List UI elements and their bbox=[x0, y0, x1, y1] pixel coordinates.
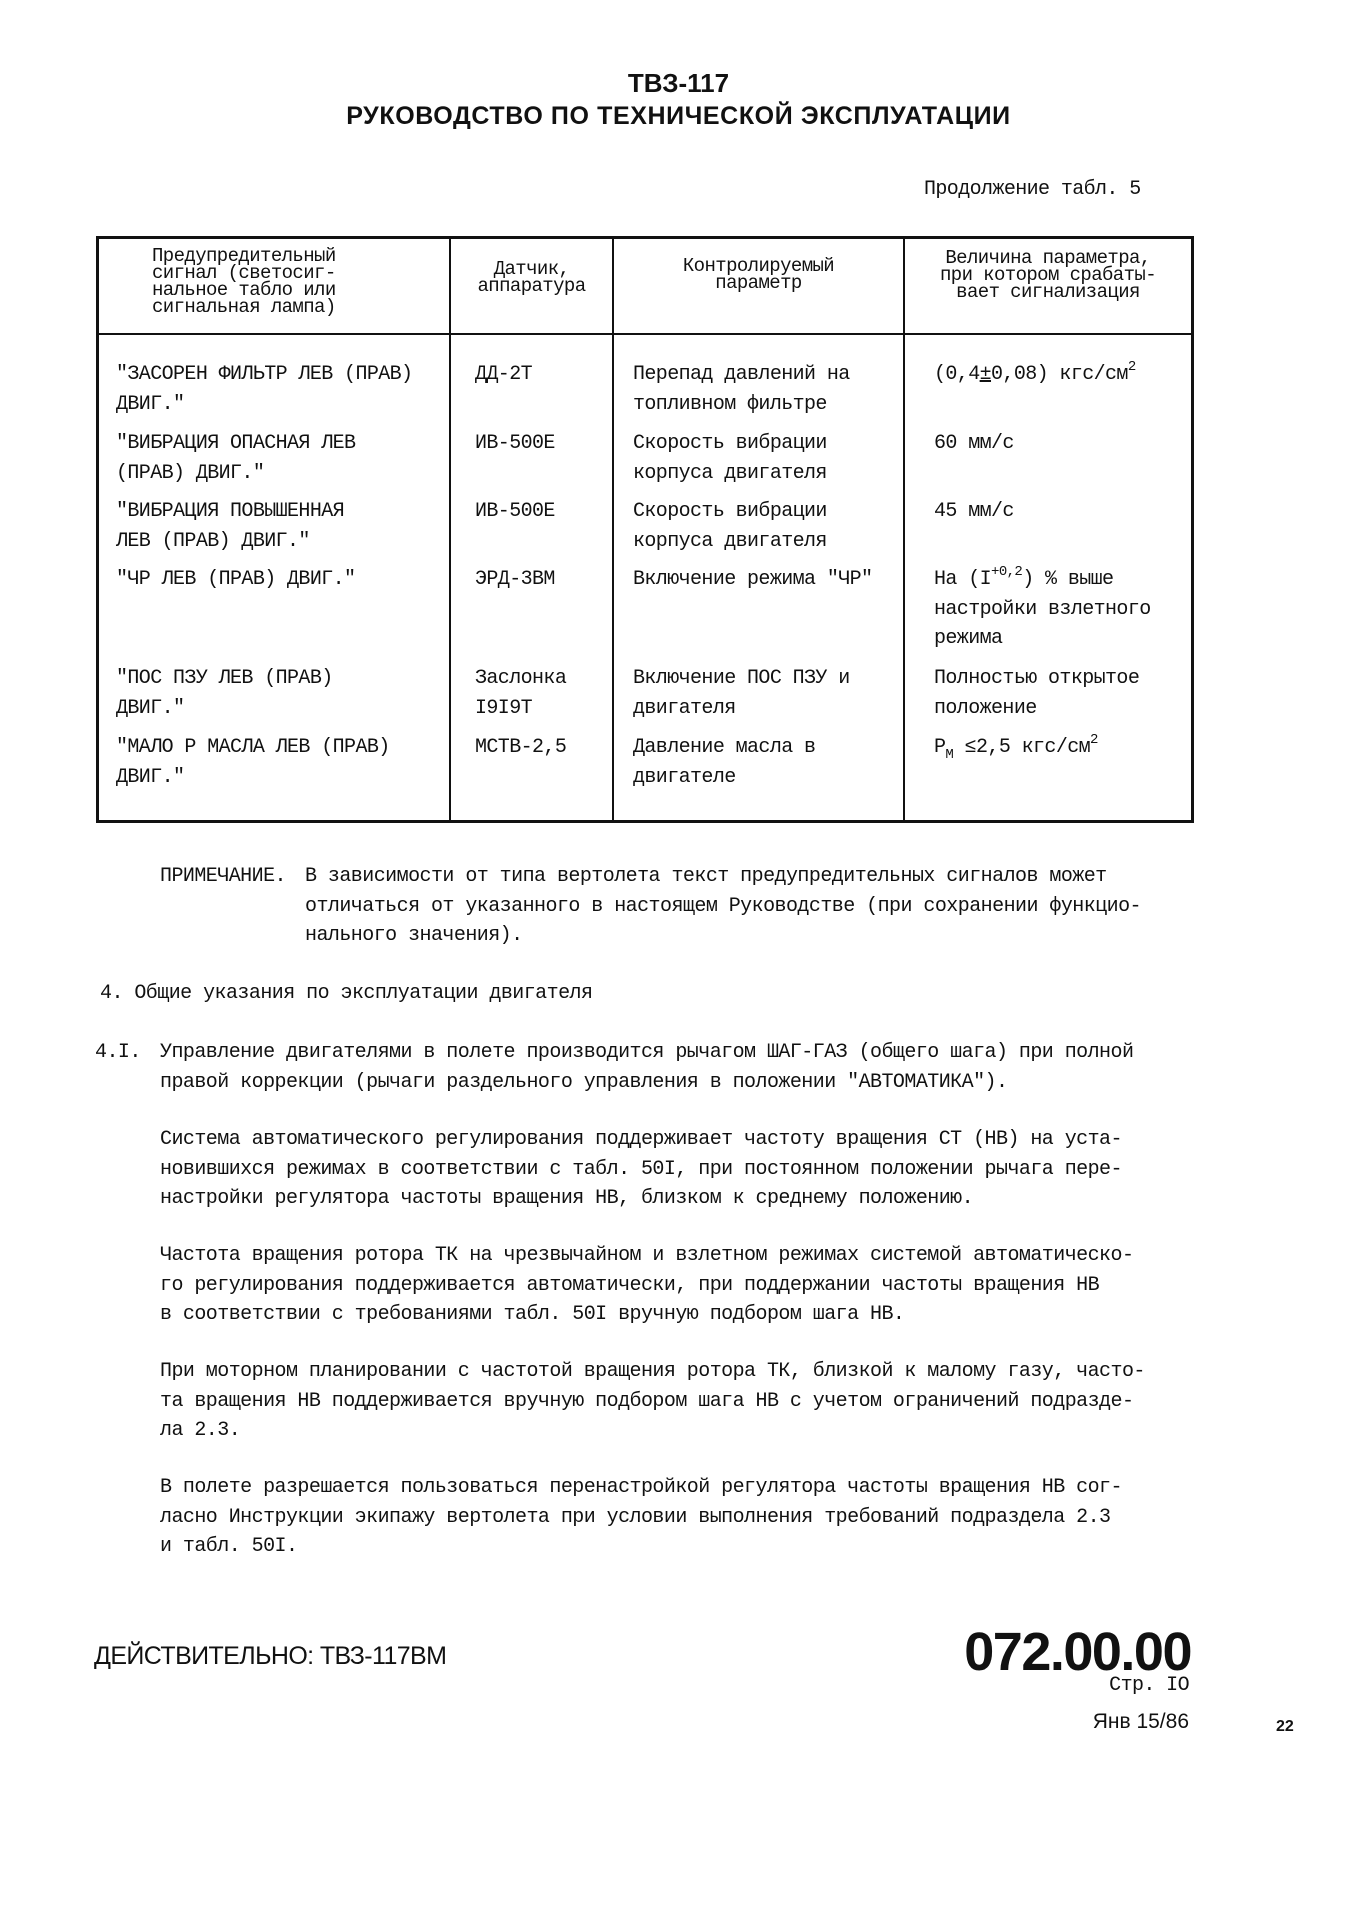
document-code: 072.00.00 bbox=[964, 1622, 1191, 1682]
page-number: Стр. IO bbox=[1109, 1674, 1189, 1697]
paragraph: Частота вращения ротора ТК на чрезвычайн… bbox=[160, 1241, 1133, 1330]
column-header-signal: Предупредительный сигнал (светосиг- наль… bbox=[100, 248, 449, 316]
column-header-parameter: Контролируемый параметр bbox=[614, 258, 903, 292]
table-border-right bbox=[1191, 236, 1194, 823]
document-title: ТВЗ-117 bbox=[0, 67, 1357, 99]
table-row-value: 60 мм/с bbox=[934, 429, 1014, 459]
exponent: 2 bbox=[1128, 359, 1136, 375]
plus-minus-symbol: ± bbox=[980, 363, 991, 386]
item-text: Управление двигателями в полете производ… bbox=[160, 1038, 1133, 1097]
value-text: Р bbox=[934, 736, 945, 759]
table-row-value: (0,4±0,08) кгс/см2 bbox=[934, 360, 1136, 390]
revision-date: Янв 15/86 bbox=[1093, 1710, 1189, 1734]
table-row-value: На (I+0,2) % выше настройки взлетного ре… bbox=[934, 565, 1151, 654]
paragraph: Система автоматического регулирования по… bbox=[160, 1125, 1122, 1214]
table-row-parameter: Скорость вибрации корпуса двигателя bbox=[633, 429, 827, 488]
column-divider-1 bbox=[449, 236, 451, 823]
note-label: ПРИМЕЧАНИЕ. bbox=[160, 862, 286, 892]
value-text: (0,4 bbox=[934, 363, 980, 386]
column-divider-3 bbox=[903, 236, 905, 823]
table-row-sensor: ДД-2Т bbox=[475, 360, 532, 390]
table-border-top bbox=[96, 236, 1194, 239]
table-row: "ЗАСОРЕН ФИЛЬТР ЛЕВ (ПРАВ) ДВИГ." bbox=[116, 360, 412, 419]
column-divider-2 bbox=[612, 236, 614, 823]
table-row-parameter: Включение режима "ЧР" bbox=[633, 565, 872, 595]
table-row-sensor: ЭРД-3ВМ bbox=[475, 565, 555, 595]
table-row: "МАЛО Р МАСЛА ЛЕВ (ПРАВ) ДВИГ." bbox=[116, 733, 390, 792]
column-header-value: Величина параметра, при котором срабаты-… bbox=[905, 250, 1191, 301]
tolerance-superscript: +0,2 bbox=[991, 564, 1022, 580]
table-border-left bbox=[96, 236, 99, 823]
table-row-sensor: МСТВ-2,5 bbox=[475, 733, 566, 763]
paragraph: При моторном планировании с частотой вра… bbox=[160, 1357, 1145, 1446]
column-header-sensor: Датчик, аппаратура bbox=[451, 261, 612, 295]
table-row-parameter: Перепад давлений на топливном фильтре bbox=[633, 360, 850, 419]
validity-label: ДЕЙСТВИТЕЛЬНО: ТВЗ-117ВМ bbox=[94, 1642, 446, 1671]
table-caption: Продолжение табл. 5 bbox=[924, 178, 1141, 201]
table-row-sensor: ИВ-500Е bbox=[475, 497, 555, 527]
table-row: "ЧР ЛЕВ (ПРАВ) ДВИГ." bbox=[116, 565, 355, 595]
table-row-sensor: ИВ-500Е bbox=[475, 429, 555, 459]
paragraph: В полете разрешается пользоваться перена… bbox=[160, 1473, 1122, 1562]
document-subtitle: РУКОВОДСТВО ПО ТЕХНИЧЕСКОЙ ЭКСПЛУАТАЦИИ bbox=[0, 100, 1357, 132]
note-text: В зависимости от типа вертолета текст пр… bbox=[305, 862, 1141, 951]
table-row: "ВИБРАЦИЯ ОПАСНАЯ ЛЕВ (ПРАВ) ДВИГ." bbox=[116, 429, 355, 488]
table-row-value: 45 мм/с bbox=[934, 497, 1014, 527]
value-text: ≤2,5 кгс/см bbox=[953, 736, 1090, 759]
table-row-sensor: Заслонка I9I9Т bbox=[475, 664, 566, 723]
item-number: 4.I. bbox=[95, 1038, 141, 1068]
table-row-parameter: Скорость вибрации корпуса двигателя bbox=[633, 497, 827, 556]
value-text: На (I bbox=[934, 568, 991, 591]
table-border-bottom bbox=[96, 820, 1194, 823]
table-row-value: РМ ≤2,5 кгс/см2 bbox=[934, 733, 1098, 763]
table-row-value: Полностью открытое положение bbox=[934, 664, 1139, 723]
table-header-divider bbox=[96, 333, 1194, 335]
table-row: "ВИБРАЦИЯ ПОВЫШЕННАЯ ЛЕВ (ПРАВ) ДВИГ." bbox=[116, 497, 344, 556]
exponent: 2 bbox=[1090, 732, 1098, 748]
table-row-parameter: Давление масла в двигателе bbox=[633, 733, 815, 792]
value-text: 0,08) кгс/см bbox=[991, 363, 1128, 386]
table-row-parameter: Включение ПОС ПЗУ и двигателя bbox=[633, 664, 850, 723]
section-heading: 4. Общие указания по эксплуатации двигат… bbox=[100, 979, 592, 1009]
sheet-number: 22 bbox=[1276, 1718, 1294, 1736]
table-row: "ПОС ПЗУ ЛЕВ (ПРАВ) ДВИГ." bbox=[116, 664, 333, 723]
